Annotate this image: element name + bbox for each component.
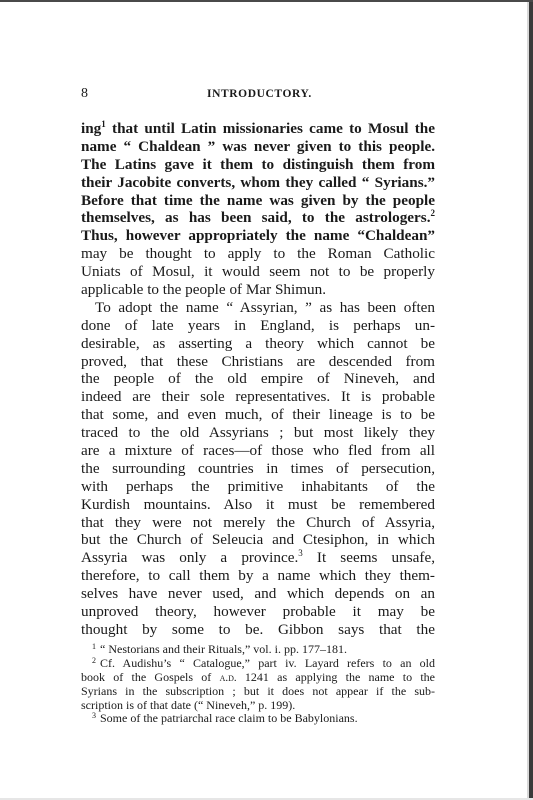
body-line: Thus, however appropriately the name “Ch… (81, 227, 435, 245)
body-line: The Latins gave it them to distinguish t… (81, 156, 435, 174)
page-number: 8 (81, 85, 88, 103)
body-line: with perhaps the primitive inhabitants o… (81, 478, 435, 496)
body-line: desirable, as asserting a theory which c… (81, 335, 435, 353)
footnote-2-line: book of the Gospels of a.d. 1241 as appl… (81, 671, 435, 685)
body-line: are a mixture of races—of those who fled… (81, 442, 435, 460)
body-line: proved, that these Christians are descen… (81, 353, 435, 371)
body-line: done of late years in England, is perhap… (81, 317, 435, 335)
body-line: Kurdish mountains. Also it must be remem… (81, 496, 435, 514)
window-right-border (529, 2, 533, 800)
footnote-2: 2Cf. Audishu’s “ Catalogue,” part iv. La… (81, 657, 435, 671)
footnote-1: 1“ Nestorians and their Rituals,” vol. i… (81, 643, 435, 657)
body-line: selves have never used, and which depend… (81, 585, 435, 603)
body-line: that some, and even much, of their linea… (81, 406, 435, 424)
footnote-marker: 3 (92, 711, 96, 720)
body-line: Assyria was only a province.3 It seems u… (81, 549, 435, 567)
body-line: applicable to the people of Mar Shimun. (81, 281, 435, 299)
body-line: their Jacobite converts, whom they calle… (81, 174, 435, 192)
body-line: unproved theory, however probable it may… (81, 603, 435, 621)
body-line: name “ Chaldean ” was never given to thi… (81, 138, 435, 156)
footnote-ref: 2 (431, 208, 436, 218)
body-line: indeed are their sole representatives. I… (81, 388, 435, 406)
body-line: Uniats of Mosul, it would seem not to be… (81, 263, 435, 281)
footnote-marker: 1 (92, 642, 96, 651)
footnote-2-line: Syrians in the subscription ; but it doe… (81, 685, 435, 699)
body-line: ing1 that until Latin missionaries came … (81, 120, 435, 138)
body-line: the surrounding countries in times of pe… (81, 460, 435, 478)
body-line: Before that time the name was given by t… (81, 192, 435, 210)
era-abbreviation: a.d. (220, 672, 237, 684)
body-line: thought by some to be. Gibbon says that … (81, 621, 435, 639)
body-line: therefore, to call them by a name which … (81, 567, 435, 585)
body-line: the people of the old empire of Nineveh,… (81, 370, 435, 388)
running-title: INTRODUCTORY. (207, 85, 312, 103)
footnote-3: 3Some of the patriarchal race claim to b… (81, 712, 435, 726)
body-line: may be thought to apply to the Roman Cat… (81, 245, 435, 263)
footnote-marker: 2 (92, 656, 96, 665)
body-line: that they were not merely the Church of … (81, 514, 435, 532)
body-text: ing1 that until Latin missionaries came … (81, 120, 435, 639)
body-line: themselves, as has been said, to the ast… (81, 209, 435, 227)
footnote-2-line: scription is of that date (“ Nineveh,” p… (81, 699, 435, 713)
footnotes: 1“ Nestorians and their Rituals,” vol. i… (81, 643, 435, 726)
running-head: 8 INTRODUCTORY. (81, 85, 435, 103)
body-line: but the Church of Seleucia and Ctesiphon… (81, 531, 435, 549)
body-line: traced to the old Assyrians ; but most l… (81, 424, 435, 442)
paragraph-start-line: To adopt the name “ Assyrian, ” as has b… (81, 299, 435, 317)
document-page: 8 INTRODUCTORY. ing1 that until Latin mi… (0, 0, 533, 800)
